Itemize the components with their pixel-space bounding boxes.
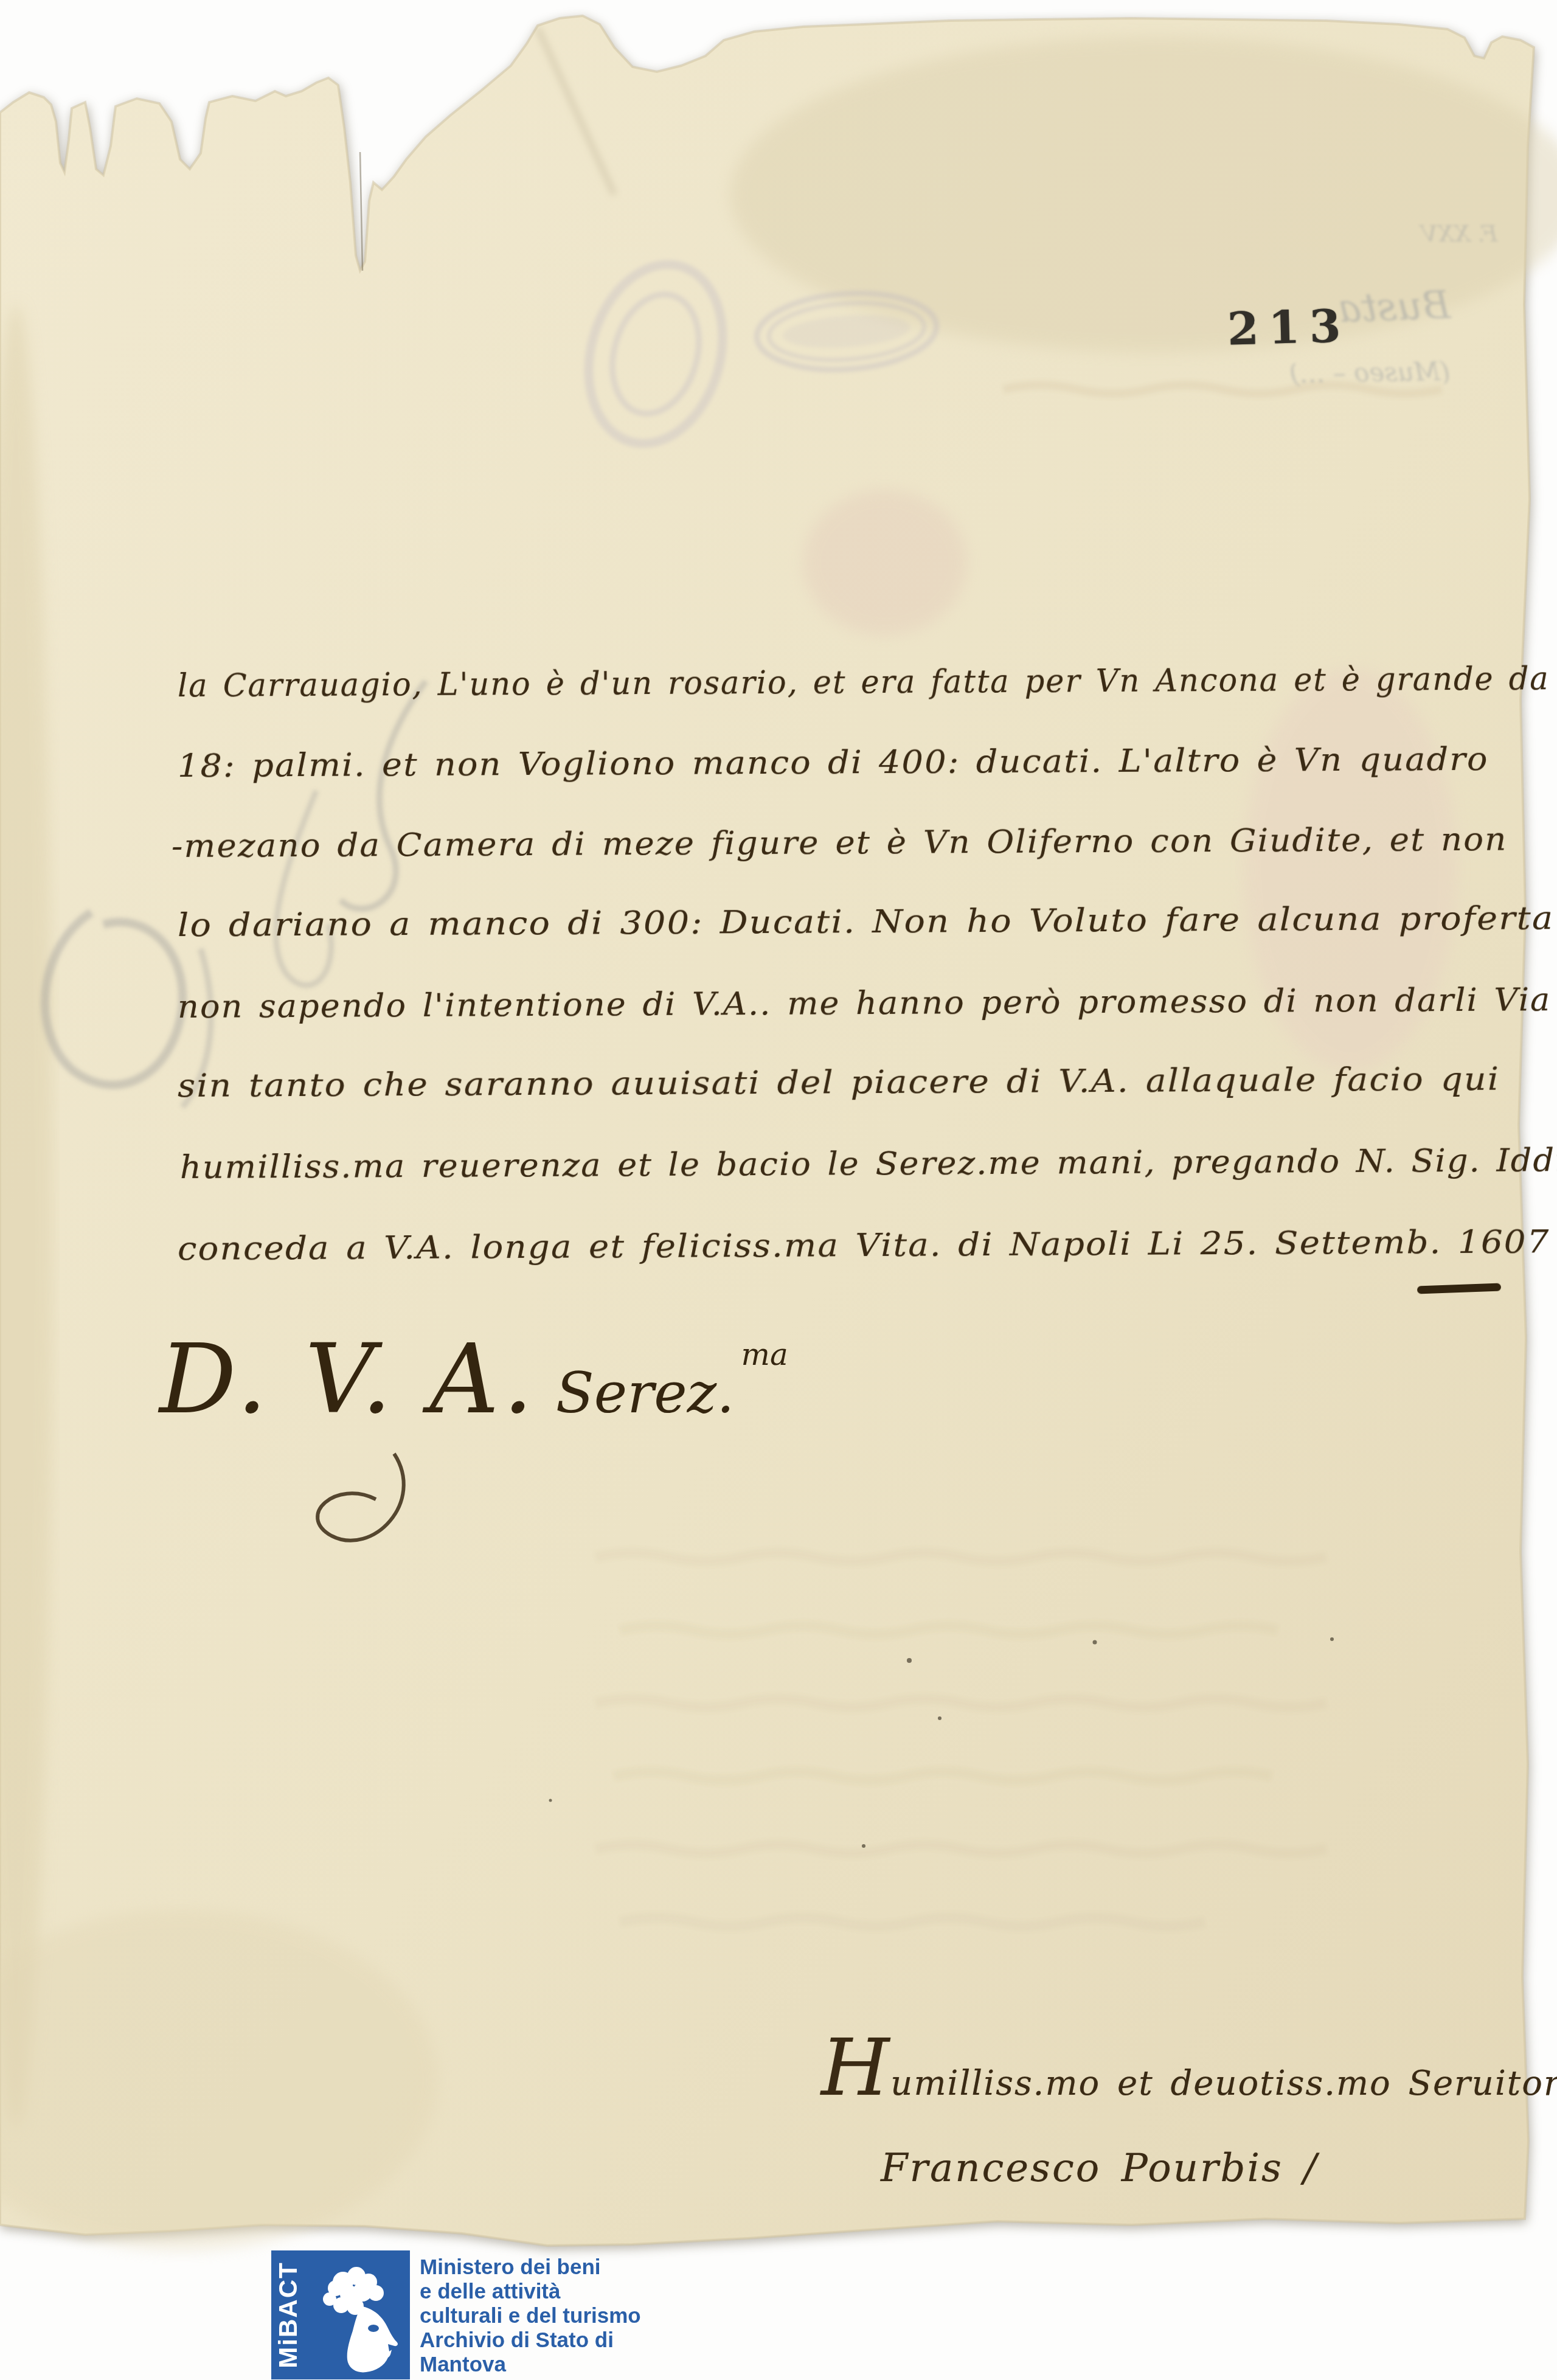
paper-crack [360,152,362,271]
institution-line: Mantova [420,2353,641,2377]
letter-line: sin tanto che saranno auuisati del piace… [178,1064,1500,1102]
valediction-superscript: ma [741,1337,788,1372]
letter-line: humilliss.ma reuerenza et le bacio le Se… [180,1145,1557,1184]
mibact-acronym: MiBACT [272,2252,304,2378]
institution-line: culturali e del turismo [420,2304,641,2328]
institution-line: Ministero dei beni [420,2255,641,2280]
letter-line: 18: palmi. et non Vogliono manco di 400:… [178,744,1489,782]
seal-showthrough-pink [803,490,967,636]
paper-sheet [0,0,1557,2380]
institution-line: e delle attività [420,2280,641,2304]
letter-line: la Carrauagio, L'uno è d'un rosario, et … [178,663,1550,702]
ghost-reference-mark: F. XXV [1421,220,1497,247]
valediction-abbrev: Serez. [556,1361,735,1426]
institution-name: Ministero dei beni e delle attività cult… [420,2255,641,2377]
ghost-museo-mark: (Museo – …) [1289,356,1451,389]
institution-line: Archivio di Stato di [420,2328,641,2353]
letter-line: lo dariano a manco di 300: Ducati. Non h… [178,903,1554,942]
ghost-busta-mark: Busta [1337,283,1451,331]
closing-line: Humilliss.mo et deuotiss.mo Seruitore [821,2067,1557,2101]
mibact-logo: MiBACT [271,2250,410,2379]
valediction-initials: D. V. A. [159,1324,537,1435]
archive-number-stamp: 213 [1227,300,1351,355]
scanned-letter-page: 213 F. XXV Busta (Museo – …) la Carrauag… [0,0,1557,2380]
letter-line: conceda a V.A. longa et feliciss.ma Vita… [178,1226,1550,1265]
signature-francesco-pourbis: Francesco Pourbis / [881,2146,1319,2191]
letter-line: -mezano da Camera di meze figure et è Vn… [172,824,1508,862]
valediction: D. V. A. Serez. ma [159,1324,785,1435]
letter-line: non sapendo l'intentione di V.A.. me han… [178,984,1552,1023]
